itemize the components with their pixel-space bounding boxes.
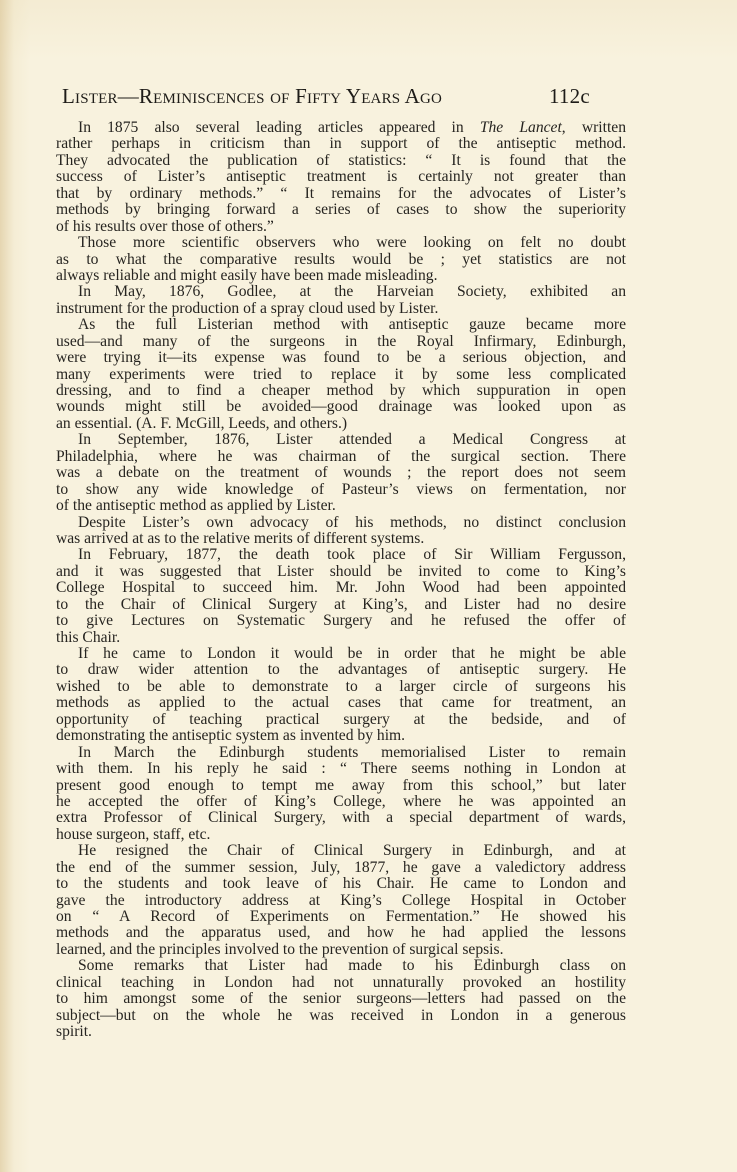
text-line: and it was suggested that Lister should … — [56, 564, 626, 580]
paragraph: In 1875 also several leading articles ap… — [56, 120, 626, 235]
text-line: methods as applied to the actual cases t… — [56, 695, 626, 711]
text-line: As the full Listerian method with antise… — [56, 317, 626, 333]
text-line: dressing, and to find a cheaper method b… — [56, 383, 626, 399]
text-line: College Hospital to succeed him. Mr. Joh… — [56, 580, 626, 596]
paragraph: In February, 1877, the death took place … — [56, 547, 626, 646]
text-line: of his results over those of others.” — [56, 219, 626, 235]
text-line: were trying it—its expense was found to … — [56, 350, 626, 366]
running-head: Lister—Reminiscences of Fifty Years Ago … — [62, 84, 642, 109]
text-line: Some remarks that Lister had made to his… — [56, 958, 626, 974]
text-line: rather perhaps in criticism than in supp… — [56, 136, 626, 152]
text-line: In February, 1877, the death took place … — [56, 547, 626, 563]
text-line: to give Lectures on Systematic Surgery a… — [56, 613, 626, 629]
text-line: In 1875 also several leading articles ap… — [56, 120, 626, 136]
text-line: Those more scientific observers who were… — [56, 235, 626, 251]
text-line: an essential. (A. F. McGill, Leeds, and … — [56, 416, 626, 432]
text-line: that by ordinary methods.” “ It remains … — [56, 186, 626, 202]
text-line: wounds might still be avoided—good drain… — [56, 399, 626, 415]
text-line: If he came to London it would be in orde… — [56, 646, 626, 662]
text-line: this Chair. — [56, 630, 626, 646]
text-line: subject—but on the whole he was received… — [56, 1008, 626, 1024]
text-line: Despite Lister’s own advocacy of his met… — [56, 515, 626, 531]
text-line: many experiments were tried to replace i… — [56, 367, 626, 383]
text-line: the end of the summer session, July, 187… — [56, 860, 626, 876]
text-line: of the antiseptic method as applied by L… — [56, 498, 626, 514]
text-line: In March the Edinburgh students memorial… — [56, 745, 626, 761]
text-line: spirit. — [56, 1024, 626, 1040]
text-line: wished to be able to demonstrate to a la… — [56, 679, 626, 695]
text-line: to draw wider attention to the advantage… — [56, 662, 626, 678]
paragraph: Those more scientific observers who were… — [56, 235, 626, 284]
text-line: success of Lister’s antiseptic treatment… — [56, 169, 626, 185]
paragraph: In September, 1876, Lister attended a Me… — [56, 432, 626, 514]
journal-title: The Lancet — [480, 119, 562, 136]
text-line: instrument for the production of a spray… — [56, 301, 626, 317]
text-line: was arrived at as to the relative merits… — [56, 531, 626, 547]
running-head-title: Lister—Reminiscences of Fifty Years Ago — [62, 84, 442, 108]
paragraph: Despite Lister’s own advocacy of his met… — [56, 515, 626, 548]
text-line: He resigned the Chair of Clinical Surger… — [56, 843, 626, 859]
text-line: to the students and took leave of his Ch… — [56, 876, 626, 892]
text-line: to him amongst some of the senior surgeo… — [56, 991, 626, 1007]
book-page: Lister—Reminiscences of Fifty Years Ago … — [0, 0, 737, 1172]
body-text: In 1875 also several leading articles ap… — [56, 120, 626, 1041]
text-line: Philadelphia, where he was chairman of t… — [56, 449, 626, 465]
paragraph: He resigned the Chair of Clinical Surger… — [56, 843, 626, 958]
text-line: to the Chair of Clinical Surgery at King… — [56, 597, 626, 613]
text-line: present good enough to tempt me away fro… — [56, 778, 626, 794]
text-line: he accepted the offer of King’s College,… — [56, 794, 626, 810]
text-line: used—and many of the surgeons in the Roy… — [56, 334, 626, 350]
text-line: house surgeon, staff, etc. — [56, 827, 626, 843]
text-line: In May, 1876, Godlee, at the Harveian So… — [56, 284, 626, 300]
text-line: In September, 1876, Lister attended a Me… — [56, 432, 626, 448]
text-line: as to what the comparative results would… — [56, 252, 626, 268]
text-line: methods and the apparatus used, and how … — [56, 925, 626, 941]
paragraph: In March the Edinburgh students memorial… — [56, 745, 626, 844]
text-line: extra Professor of Clinical Surgery, wit… — [56, 810, 626, 826]
text-line: with them. In his reply he said : “ Ther… — [56, 761, 626, 777]
text-line: always reliable and might easily have be… — [56, 268, 626, 284]
text-line: was a debate on the treatment of wounds … — [56, 465, 626, 481]
text-line: methods by bringing forward a series of … — [56, 202, 626, 218]
text-line: They advocated the publication of statis… — [56, 153, 626, 169]
paragraph: If he came to London it would be in orde… — [56, 646, 626, 745]
paragraph: In May, 1876, Godlee, at the Harveian So… — [56, 284, 626, 317]
text-line: opportunity of teaching practical surger… — [56, 712, 626, 728]
text-line: on “ A Record of Experiments on Fermenta… — [56, 909, 626, 925]
text-line: learned, and the principles involved to … — [56, 942, 626, 958]
text-line: to show any wide knowledge of Pasteur’s … — [56, 482, 626, 498]
text-line: demonstrating the antiseptic system as i… — [56, 728, 626, 744]
paragraph: As the full Listerian method with antise… — [56, 317, 626, 432]
text-line: gave the introductory address at King’s … — [56, 893, 626, 909]
page-number: 112c — [549, 84, 590, 109]
text-line: clinical teaching in London had not unna… — [56, 975, 626, 991]
paragraph: Some remarks that Lister had made to his… — [56, 958, 626, 1040]
